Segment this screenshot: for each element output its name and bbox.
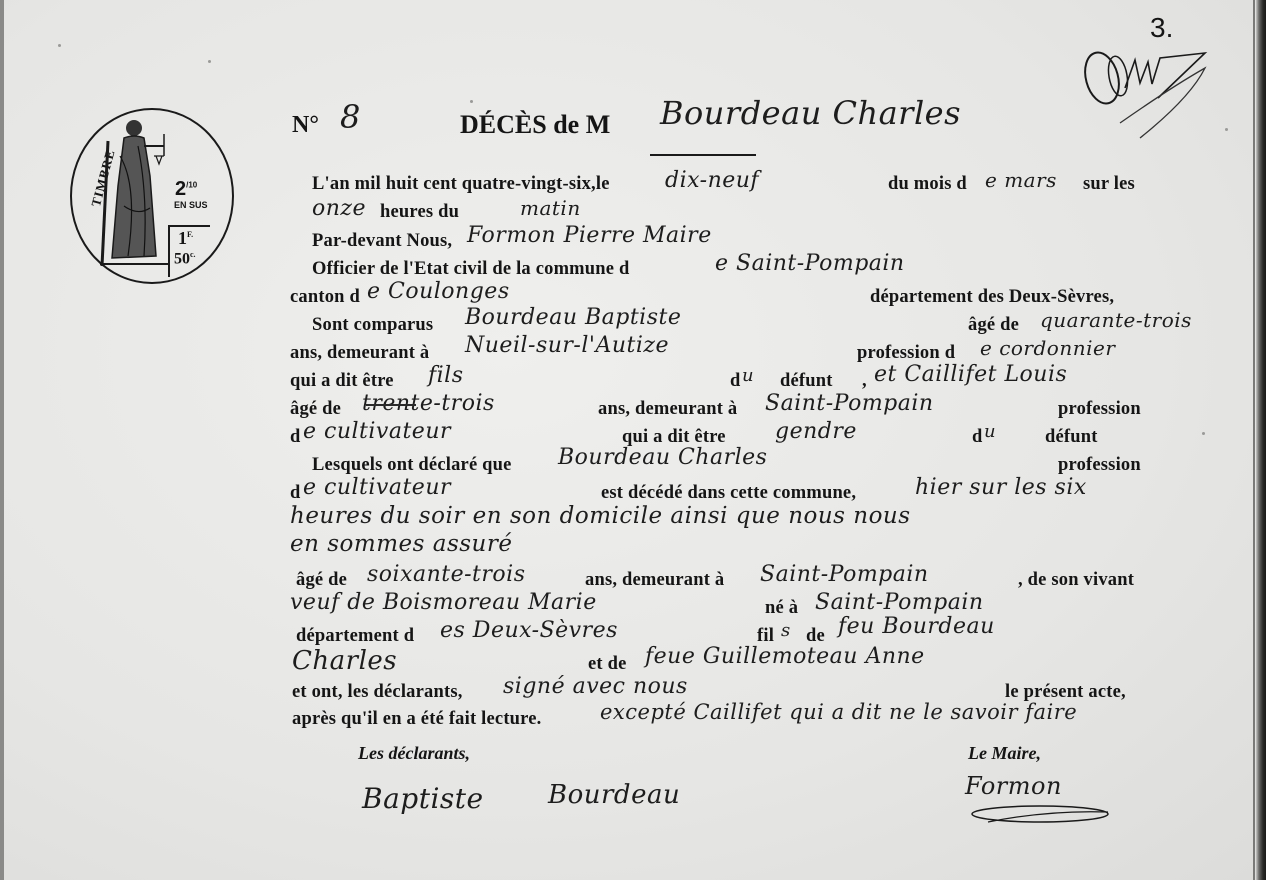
hand-exception: excepté Caillifet qui a dit ne le savoir… [600,700,1077,724]
stamp-rate-top: 2 [175,178,186,200]
hand-deceased-profession: e cultivateur [303,475,451,500]
text-officier: Officier de l'Etat civil de la commune d [312,259,630,280]
hand-witness2-name: et Caillifet Louis [874,362,1067,387]
paper-speck [208,60,211,63]
hand-s: s [781,620,791,641]
text-profession-2: profession [1058,399,1141,420]
hand-witness1-profession: e cordonnier [980,336,1115,360]
text-canton: canton d [290,287,360,308]
page-number: 3. [1150,12,1173,44]
text-et-de: et de [588,654,627,675]
text-age-de-3: âgé de [296,570,347,591]
text-hours: heures du [380,202,459,223]
hand-witness1-name: Bourdeau Baptiste [465,305,681,330]
paraph-signature-icon [1080,48,1210,158]
hand-article: u [742,365,754,386]
declarant-signature-1: Baptiste [362,782,484,815]
binding-line [1253,0,1255,880]
hand-witness2-residence: Saint-Pompain [765,391,934,416]
text-de-son-vivant: , de son vivant [1018,570,1134,591]
text-demeurant: ans, demeurant à [290,343,429,364]
stamp-price-cent: 50c. [174,250,196,268]
text-departement-2: département d [296,626,414,647]
hand-father-name: feu Bourdeau [838,614,995,639]
text-ne-a: né à [765,598,798,619]
record-title: DÉCÈS de M [460,110,610,140]
text-sur-les: sur les [1083,174,1135,195]
text-lesquels: Lesquels ont déclaré que [312,455,512,476]
text-defunt-2: défunt [1045,427,1098,448]
stamp-cent-unit: c. [190,250,196,259]
stamp-franc-value: 1 [178,228,187,248]
justice-figure-icon [98,116,170,268]
text-profession: profession d [857,343,955,364]
hand-signed: signé avec nous [503,674,688,699]
text-comma: , [862,371,867,392]
signature-flourish-icon [968,800,1113,830]
declarant-signature-2: Bourdeau [548,780,680,810]
record-number-label: N° [292,112,319,139]
record-number-value: 8 [340,98,361,136]
hand-deceased-age: soixante-trois [367,562,526,587]
text-profession-3: profession [1058,455,1141,476]
text-sont-comparus: Sont comparus [312,315,433,336]
text-d: d [730,371,741,392]
text-par-devant: Par-devant Nous, [312,231,452,252]
stamp-rate-sup: /10 [186,180,197,189]
text-year: L'an mil huit cent quatre-vingt-six,le [312,174,610,195]
hand-witness2-relation: gendre [775,419,857,444]
text-demeurant-2: ans, demeurant à [598,399,737,420]
text-age-de: âgé de [968,315,1019,336]
text-d-4: d [290,483,301,504]
hand-father-firstname: Charles [292,646,397,676]
stamp-rate: 2/10 [175,178,197,201]
text-month-label: du mois d [888,174,967,195]
hand-birth-department: es Deux-Sèvres [440,618,618,643]
hand-month: e mars [985,168,1057,192]
stamp-en-sus: EN SUS [174,200,208,210]
paper-speck [470,100,473,103]
stamp-price-franc: 1F. [178,228,193,249]
civil-register-page: 3. TIMBRE 2/10 EN SUS 1F. 50c. N° 8 DÉCÈ… [0,0,1266,880]
title-underline [650,154,756,156]
hand-hour: onze [312,196,366,221]
paper-speck [1202,432,1205,435]
mayor-signature: Formon [965,772,1062,800]
hand-article-2: u [984,421,996,442]
paper-speck [1225,128,1228,131]
paper-speck [58,44,61,47]
hand-commune: e Saint-Pompain [715,251,905,276]
hand-officer-name: Formon Pierre Maire [467,223,712,248]
hand-witness1-relation: fils [428,363,464,388]
tax-stamp: TIMBRE 2/10 EN SUS 1F. 50c. [70,108,234,284]
page-left-edge [0,0,4,880]
hand-mother-name: feue Guillemoteau Anne [645,644,925,669]
page-right-edge [1256,0,1266,880]
text-lecture: après qu'il en a été fait lecture. [292,709,541,730]
hand-death-time: hier sur les six [915,475,1087,500]
hand-death-place: heures du soir en son domicile ainsi que… [290,503,911,529]
hand-witness1-residence: Nueil-sur-l'Autize [465,333,669,358]
strikethrough [366,404,416,406]
declarants-label: Les déclarants, [358,743,470,764]
text-age-de-2: âgé de [290,399,341,420]
text-qui-a-dit: qui a dit être [290,371,394,392]
text-demeurant-3: ans, demeurant à [585,570,724,591]
hand-deceased-residence: Saint-Pompain [760,562,929,587]
text-est-decede: est décédé dans cette commune, [601,483,856,504]
hand-day: dix-neuf [665,168,759,193]
hand-canton: e Coulonges [367,279,510,304]
text-d-3: d [972,427,983,448]
text-declarants: et ont, les déclarants, [292,682,463,703]
hand-assurance: en sommes assuré [290,531,512,557]
hand-marital-status: veuf de Boismoreau Marie [290,590,597,615]
hand-time-of-day: matin [520,196,581,220]
text-departement: département des Deux-Sèvres, [870,287,1114,308]
hand-deceased-name: Bourdeau Charles [558,445,767,470]
text-defunt: défunt [780,371,833,392]
stamp-cent-value: 50 [174,250,190,267]
text-d-2: d [290,427,301,448]
hand-birthplace: Saint-Pompain [815,590,984,615]
stamp-franc-unit: F. [187,230,193,239]
hand-witness2-profession: e cultivateur [303,419,451,444]
deceased-name: Bourdeau Charles [660,94,961,132]
hand-witness1-age: quarante-trois [1040,308,1192,332]
mayor-label: Le Maire, [968,743,1041,764]
